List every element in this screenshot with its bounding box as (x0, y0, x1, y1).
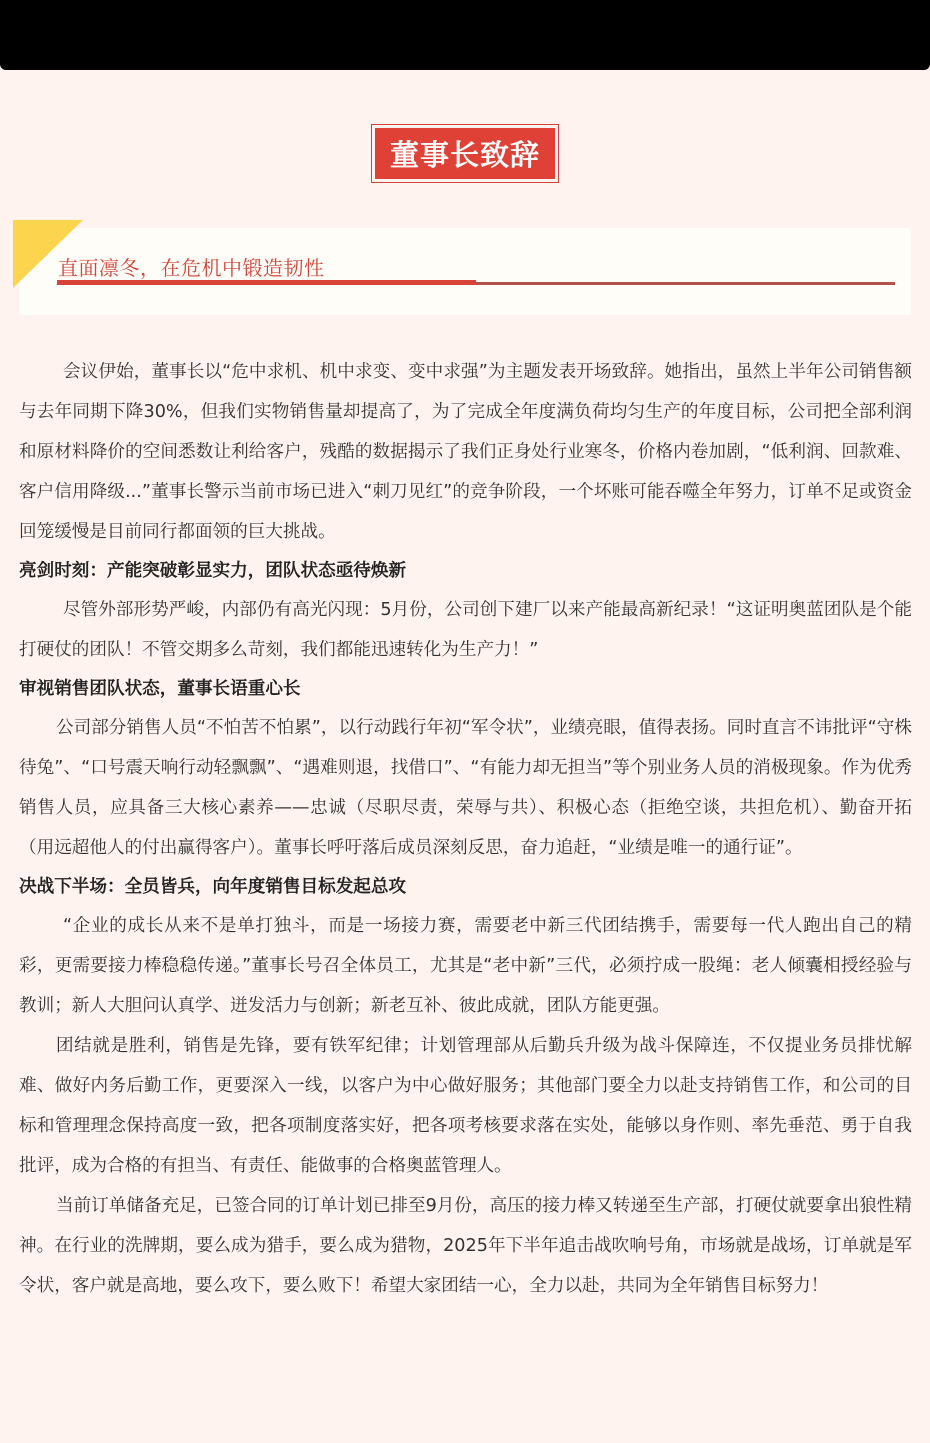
top-black-bar (0, 0, 930, 70)
page-title-frame: 董事长致辞 (371, 124, 559, 183)
paragraph-unity-victory: 团结就是胜利，销售是先锋，要有铁军纪律；计划管理部从后勤兵升级为战斗保障连，不仅… (19, 1026, 912, 1186)
heading-underline-thick (57, 280, 476, 285)
paragraph-capacity-record: 尽管外部形势严峻，内部仍有高光闪现：5月份，公司创下建厂以来产能最高新纪录！“这… (19, 590, 912, 670)
paragraph-closing-call: 当前订单储备充足，已签合同的订单计划已排至9月份，高压的接力棒又转递至生产部，打… (19, 1186, 912, 1306)
heading-underline-thin (476, 282, 895, 285)
subheading-sales-team-review: 审视销售团队状态，董事长语重心长 (19, 670, 912, 708)
page-title: 董事长致辞 (375, 128, 555, 179)
paragraph-relay-race: “企业的成长从来不是单打独斗，而是一场接力赛，需要老中新三代团结携手，需要每一代… (19, 906, 912, 1026)
paragraph-sales-team-review: 公司部分销售人员“不怕苦不怕累”，以行动践行年初“军令状”，业绩亮眼，值得表扬。… (19, 708, 912, 868)
section-heading: 直面凛冬，在危机中锻造韧性 (58, 252, 325, 281)
subheading-capacity-breakthrough: 亮剑时刻：产能突破彰显实力，团队状态亟待焕新 (19, 552, 912, 590)
paragraph-opening: 会议伊始，董事长以“危中求机、机中求变、变中求强”为主题发表开场致辞。她指出，虽… (19, 352, 912, 552)
subheading-second-half-offensive: 决战下半场：全员皆兵，向年度销售目标发起总攻 (19, 868, 912, 906)
article-body: 会议伊始，董事长以“危中求机、机中求变、变中求强”为主题发表开场致辞。她指出，虽… (19, 352, 912, 1306)
